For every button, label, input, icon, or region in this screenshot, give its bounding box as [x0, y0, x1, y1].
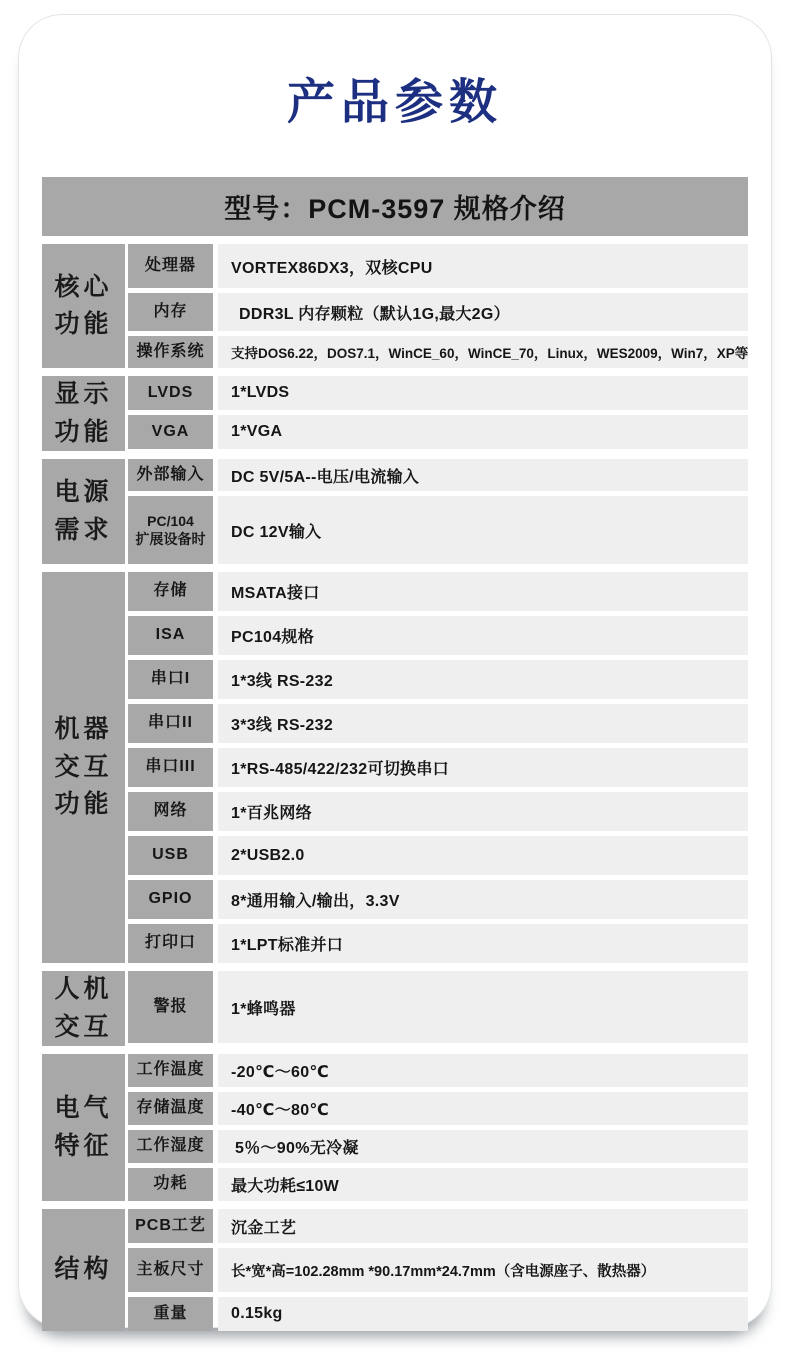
group-machine-io: 机器 交互 功能 存储 MSATA接口 ISA PC104规格 串口I 1*3线… — [42, 572, 748, 963]
row-label: 操作系统 — [128, 336, 213, 368]
spec-row: 重量 0.15kg — [128, 1297, 748, 1331]
row-label: PC/104 扩展设备时 — [128, 496, 213, 564]
spec-row: VGA 1*VGA — [128, 415, 748, 449]
row-value: -20℃～60℃ — [218, 1054, 748, 1087]
row-value: 1*LVDS — [218, 376, 748, 410]
row-label: GPIO — [128, 880, 213, 919]
spec-row: 内存 DDR3L 内存颗粒（默认1G,最大2G） — [128, 293, 748, 331]
row-value: -40℃～80℃ — [218, 1092, 748, 1125]
row-label: 打印口 — [128, 924, 213, 963]
row-label: 串口II — [128, 704, 213, 743]
row-value: 长*宽*高=102.28mm *90.17mm*24.7mm（含电源座子、散热器… — [218, 1248, 748, 1292]
spec-row: USB 2*USB2.0 — [128, 836, 748, 875]
spec-row: 串口I 1*3线 RS-232 — [128, 660, 748, 699]
row-label: 内存 — [128, 293, 213, 331]
spec-row: GPIO 8*通用输入/输出，3.3V — [128, 880, 748, 919]
row-label: 功耗 — [128, 1168, 213, 1201]
group-title: 电气 特征 — [42, 1054, 125, 1201]
spec-row: 串口III 1*RS-485/422/232可切换串口 — [128, 748, 748, 787]
model-header: 型号：PCM-3597 规格介绍 — [42, 177, 748, 236]
spec-row: 串口II 3*3线 RS-232 — [128, 704, 748, 743]
group-electrical: 电气 特征 工作温度 -20℃～60℃ 存储温度 -40℃～80℃ 工作湿度 5… — [42, 1054, 748, 1201]
group-power: 电源 需求 外部输入 DC 5V/5A--电压/电流输入 PC/104 扩展设备… — [42, 459, 748, 564]
row-value: DC 12V输入 — [218, 496, 748, 564]
spec-row: PCB工艺 沉金工艺 — [128, 1209, 748, 1243]
row-label: 主板尺寸 — [128, 1248, 213, 1292]
group-structure: 结构 PCB工艺 沉金工艺 主板尺寸 长*宽*高=102.28mm *90.17… — [42, 1209, 748, 1331]
row-label: 工作温度 — [128, 1054, 213, 1087]
group-hmi: 人机 交互 警报 1*蜂鸣器 — [42, 971, 748, 1046]
row-label: 串口III — [128, 748, 213, 787]
row-label: 重量 — [128, 1297, 213, 1331]
group-title: 显示 功能 — [42, 376, 125, 451]
spec-row: 警报 1*蜂鸣器 — [128, 971, 748, 1043]
row-label: 警报 — [128, 971, 213, 1043]
row-label: 存储温度 — [128, 1092, 213, 1125]
spec-row: 功耗 最大功耗≤10W — [128, 1168, 748, 1201]
row-label: 外部输入 — [128, 459, 213, 491]
row-value: 0.15kg — [218, 1297, 748, 1331]
row-value: 8*通用输入/输出，3.3V — [218, 880, 748, 919]
group-title: 结构 — [42, 1209, 125, 1331]
row-label: 工作湿度 — [128, 1130, 213, 1163]
spec-row: 工作温度 -20℃～60℃ — [128, 1054, 748, 1087]
row-label: 网络 — [128, 792, 213, 831]
page-title: 产品参数 — [19, 79, 771, 127]
row-value: 2*USB2.0 — [218, 836, 748, 875]
spec-row: 操作系统 支持DOS6.22，DOS7.1，WinCE_60，WinCE_70，… — [128, 336, 748, 368]
spec-row: 存储温度 -40℃～80℃ — [128, 1092, 748, 1125]
group-title: 核心 功能 — [42, 244, 125, 368]
group-title: 机器 交互 功能 — [42, 572, 125, 963]
row-value: 1*LPT标准并口 — [218, 924, 748, 963]
spec-row: 打印口 1*LPT标准并口 — [128, 924, 748, 963]
content-card: 产品参数 型号：PCM-3597 规格介绍 核心 功能 处理器 VORTEX86… — [18, 14, 772, 1328]
row-value: MSATA接口 — [218, 572, 748, 611]
product-spec-sheet: 产品参数 型号：PCM-3597 规格介绍 核心 功能 处理器 VORTEX86… — [0, 0, 790, 1364]
row-label: LVDS — [128, 376, 213, 410]
spec-row: LVDS 1*LVDS — [128, 376, 748, 410]
group-title: 人机 交互 — [42, 971, 125, 1046]
row-value: 1*VGA — [218, 415, 748, 449]
row-value: DC 5V/5A--电压/电流输入 — [218, 459, 748, 491]
row-value: 最大功耗≤10W — [218, 1168, 748, 1201]
row-value: 支持DOS6.22，DOS7.1，WinCE_60，WinCE_70，Linux… — [218, 336, 748, 368]
row-label: USB — [128, 836, 213, 875]
group-core-functions: 核心 功能 处理器 VORTEX86DX3，双核CPU 内存 DDR3L 内存颗… — [42, 244, 748, 368]
row-value: 1*3线 RS-232 — [218, 660, 748, 699]
spec-row: ISA PC104规格 — [128, 616, 748, 655]
row-label: VGA — [128, 415, 213, 449]
row-label: ISA — [128, 616, 213, 655]
group-title: 电源 需求 — [42, 459, 125, 564]
spec-row: 网络 1*百兆网络 — [128, 792, 748, 831]
group-display: 显示 功能 LVDS 1*LVDS VGA 1*VGA — [42, 376, 748, 451]
spec-row: 主板尺寸 长*宽*高=102.28mm *90.17mm*24.7mm（含电源座… — [128, 1248, 748, 1292]
row-value: 1*RS-485/422/232可切换串口 — [218, 748, 748, 787]
spec-row: 存储 MSATA接口 — [128, 572, 748, 611]
row-label: 存储 — [128, 572, 213, 611]
row-label: PCB工艺 — [128, 1209, 213, 1243]
row-label: 处理器 — [128, 244, 213, 288]
spec-row: 处理器 VORTEX86DX3，双核CPU — [128, 244, 748, 288]
spec-row: 外部输入 DC 5V/5A--电压/电流输入 — [128, 459, 748, 491]
row-value: PC104规格 — [218, 616, 748, 655]
row-value: 3*3线 RS-232 — [218, 704, 748, 743]
spec-row: PC/104 扩展设备时 DC 12V输入 — [128, 496, 748, 564]
row-value: 1*蜂鸣器 — [218, 971, 748, 1043]
row-label: 串口I — [128, 660, 213, 699]
spec-table: 型号：PCM-3597 规格介绍 核心 功能 处理器 VORTEX86DX3，双… — [42, 177, 748, 1331]
row-value: 5％～90%无冷凝 — [218, 1130, 748, 1163]
row-value: VORTEX86DX3，双核CPU — [218, 244, 748, 288]
row-value: 沉金工艺 — [218, 1209, 748, 1243]
spec-row: 工作湿度 5％～90%无冷凝 — [128, 1130, 748, 1163]
row-value: DDR3L 内存颗粒（默认1G,最大2G） — [218, 293, 748, 331]
row-value: 1*百兆网络 — [218, 792, 748, 831]
